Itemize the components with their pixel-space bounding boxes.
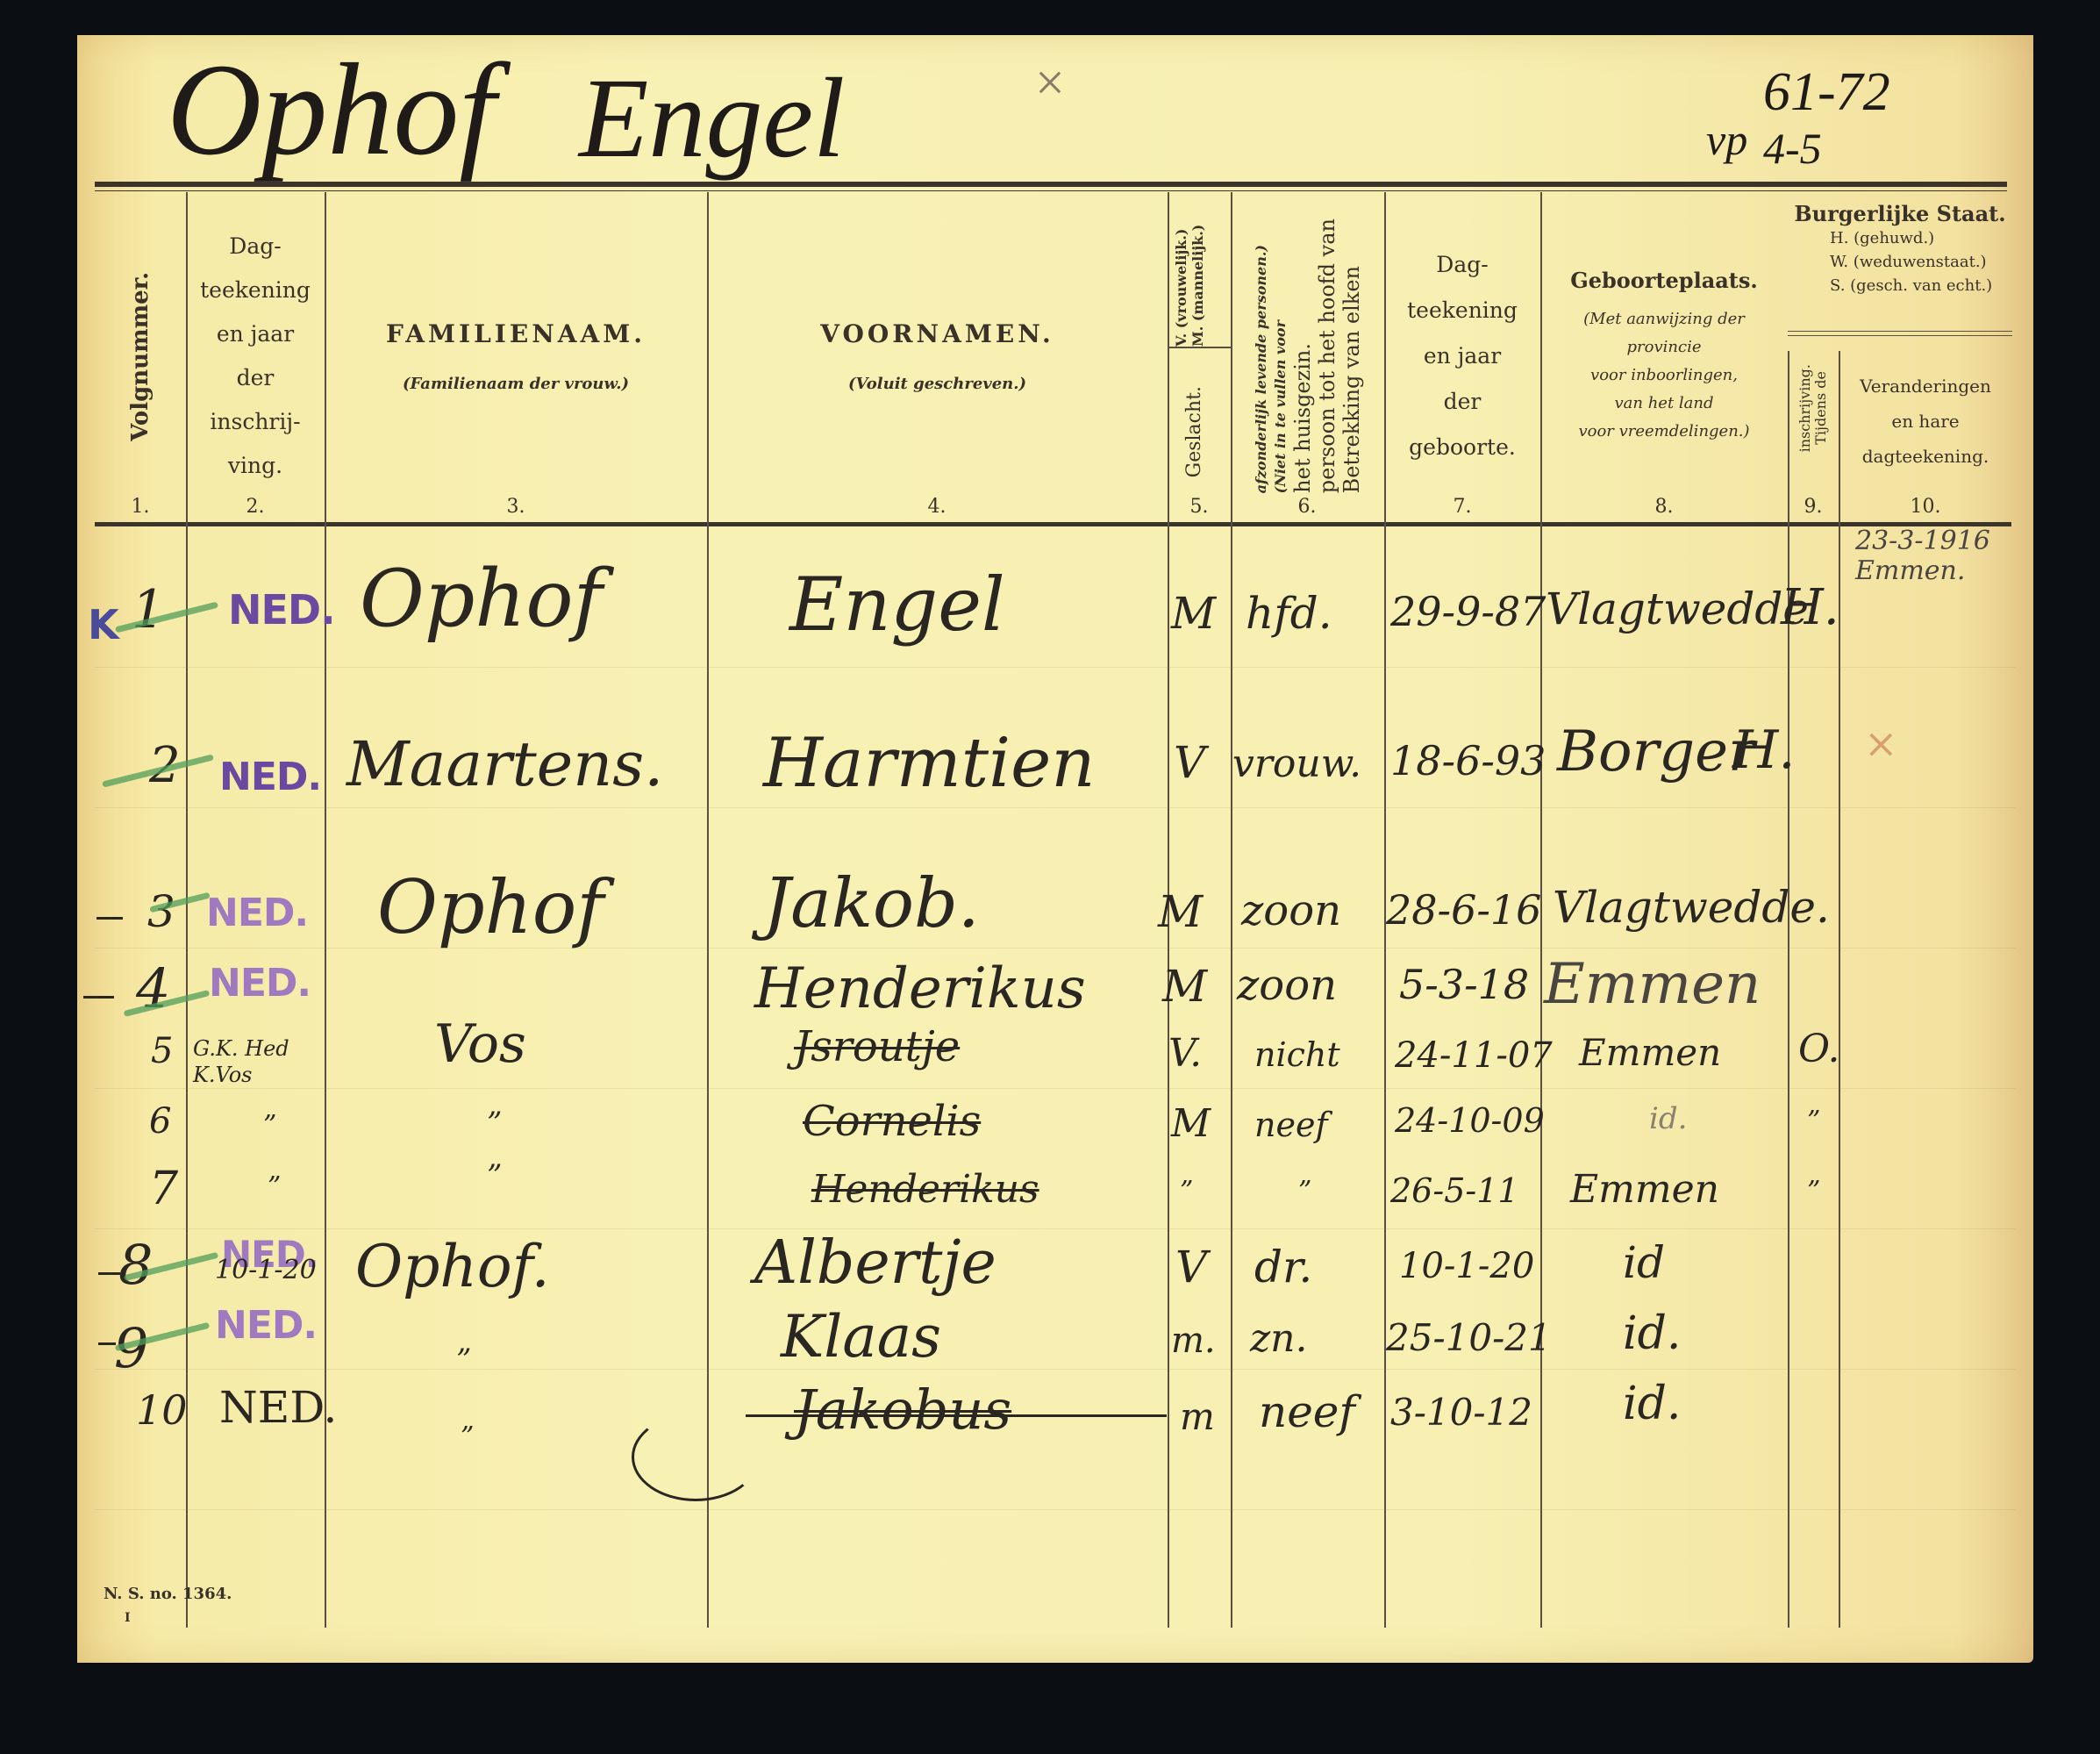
- top-rule-thin: [95, 190, 2007, 191]
- ditto: ”: [487, 1158, 502, 1193]
- card-title-family: Ophof: [167, 44, 496, 175]
- col-number-2: 2.: [246, 496, 265, 518]
- geslacht: V.: [1168, 1031, 1202, 1076]
- header-burgerlijke-staat: Burgerlijke Staat. H. (gehuwd.) W. (wedu…: [1788, 197, 2012, 329]
- faint-line: [95, 1509, 2016, 1510]
- dash-mark: [96, 917, 123, 920]
- header-rule: [95, 522, 2011, 526]
- top-rule: [95, 182, 2007, 187]
- geboortedatum: 28-6-16: [1386, 886, 1541, 934]
- header-geslacht: M. (mannelijk.) V. (vrouwelijk.) Geslach…: [1168, 195, 1231, 518]
- row-number: 8: [118, 1233, 153, 1297]
- faint-line: [95, 807, 2016, 808]
- geboorteplaats: Vlagtwedde: [1546, 583, 1809, 634]
- col-number-5: 5.: [1190, 496, 1209, 518]
- col-line: [1788, 351, 1789, 1628]
- betrekking: nicht: [1254, 1035, 1340, 1074]
- col-number-3: 3.: [507, 496, 525, 518]
- voornamen: Engel: [789, 562, 1005, 648]
- col-number-1: 1.: [132, 496, 150, 518]
- nationality-stamp: NED.: [206, 891, 308, 935]
- col-line: [1839, 351, 1840, 1628]
- betrekking: neef: [1259, 1386, 1355, 1437]
- geslacht: M: [1162, 961, 1207, 1012]
- geslacht: M: [1158, 886, 1203, 937]
- familienaam: Ophof.: [355, 1233, 550, 1300]
- voornamen-struck: Jsroutje: [794, 1022, 960, 1071]
- geboorteplaats: Emmen: [1579, 1031, 1721, 1074]
- reference-prefix: vp: [1706, 114, 1747, 165]
- betrekking: neef: [1254, 1106, 1328, 1144]
- header-volgnummer: Volgnummer.: [95, 195, 186, 518]
- ditto: ”: [456, 1342, 471, 1378]
- flourish-loop: [632, 1413, 760, 1501]
- geboortedatum: 26-5-11: [1390, 1171, 1519, 1210]
- header-geboorteplaats: Geboorteplaats. (Met aanwijzing der prov…: [1540, 195, 1788, 518]
- voornamen: Albertje: [754, 1228, 996, 1298]
- form-subnumber: I: [125, 1611, 131, 1625]
- betrekking: ”: [1298, 1176, 1311, 1206]
- burgerlijke-staat: O.: [1798, 1027, 1839, 1071]
- row-number: 10: [136, 1386, 188, 1434]
- faint-line: [95, 1088, 2016, 1089]
- row-number: 6: [149, 1101, 171, 1142]
- inschrijving-date: 10-1-20: [215, 1255, 317, 1285]
- reference-bottom: 4-5: [1763, 123, 1822, 174]
- geboortedatum: 24-10-09: [1395, 1101, 1545, 1140]
- geboortedatum: 24-11-07: [1395, 1035, 1553, 1076]
- voornamen: Klaas: [781, 1303, 941, 1371]
- ditto: ”: [461, 1421, 474, 1452]
- betrekking: hfd.: [1246, 588, 1332, 639]
- betrekking: zoon: [1237, 961, 1337, 1010]
- dash-mark: [83, 996, 114, 999]
- strike-line: [746, 1414, 1167, 1417]
- geboorteplaats: id.: [1649, 1101, 1687, 1136]
- form-number: N. S. no. 1364.: [104, 1585, 232, 1603]
- geslacht: V: [1175, 1242, 1207, 1292]
- geboortedatum: 29-9-87: [1390, 588, 1546, 635]
- verandering-annotation: 23-3-1916 Emmen.: [1855, 526, 2022, 586]
- geslacht: M: [1171, 1101, 1211, 1146]
- burgerlijke-staat: H.: [1781, 579, 1839, 636]
- nationality-handwritten: NED.: [219, 1382, 337, 1433]
- col-number-4: 4.: [928, 496, 946, 518]
- geboorteplaats: id: [1623, 1237, 1665, 1288]
- voornamen-struck: Jakobus: [794, 1378, 1011, 1442]
- geboortedatum: 5-3-18: [1399, 961, 1529, 1008]
- ditto: ”: [487, 1106, 502, 1141]
- nationality-stamp: NED.: [215, 1303, 317, 1348]
- voornamen: Jakob.: [763, 864, 980, 943]
- geboortedatum: 25-10-21: [1386, 1316, 1552, 1359]
- geboorteplaats: Vlagtwedde.: [1553, 882, 1830, 933]
- voornamen: Henderikus: [754, 956, 1086, 1021]
- voornamen: Harmtien: [763, 724, 1095, 803]
- burgerlijke-staat: ”: [1807, 1176, 1820, 1206]
- col-number-8: 8.: [1655, 496, 1674, 518]
- betrekking: vrouw.: [1232, 741, 1361, 786]
- betrekking: zn.: [1250, 1316, 1308, 1361]
- col-number-7: 7.: [1454, 496, 1472, 518]
- header-veranderingen: Veranderingen en hare dagteekening.: [1839, 369, 2012, 474]
- geboortedatum: 18-6-93: [1390, 737, 1546, 784]
- geboorteplaats: Emmen: [1570, 1167, 1719, 1212]
- voornamen-struck: Cornelis: [803, 1097, 981, 1146]
- familienaam: Vos: [434, 1013, 526, 1075]
- dash-mark: [98, 1342, 116, 1345]
- nationality-stamp: NED.: [219, 755, 321, 799]
- ditto: ”: [268, 1171, 281, 1202]
- legend-s: S. (gesch. van echt.): [1830, 274, 2012, 297]
- row-number: 5: [151, 1031, 173, 1071]
- voornamen-struck: Henderikus: [811, 1167, 1039, 1212]
- geboorteplaats: id.: [1623, 1307, 1681, 1360]
- geboorteplaats: Borger: [1557, 719, 1755, 784]
- burgerlijke-staat: ”: [1807, 1106, 1820, 1136]
- geboortedatum: 10-1-20: [1399, 1246, 1534, 1286]
- legend-h: H. (gehuwd.): [1830, 226, 2012, 250]
- ditto: ”: [263, 1110, 276, 1141]
- faint-line: [95, 1369, 2016, 1370]
- geboorteplaats: id.: [1623, 1378, 1681, 1430]
- faint-line: [95, 1228, 2016, 1229]
- header-dagteekening-inschrijving: Dag- teekening en jaar der inschrij- vin…: [186, 195, 325, 518]
- header-dagteekening-geboorte: Dag- teekening en jaar der geboorte.: [1384, 195, 1540, 518]
- row-number: 7: [149, 1163, 178, 1215]
- geboortedatum: 3-10-12: [1390, 1391, 1532, 1434]
- row-number: 1: [132, 579, 165, 641]
- header-tijdens-inschrijving: Tijdens de inschrijving.: [1788, 351, 1839, 465]
- familienaam: Maartens.: [346, 728, 663, 800]
- dash-mark: [98, 1272, 120, 1275]
- card-title-given: Engel: [579, 61, 845, 175]
- col-number-9: 9.: [1804, 496, 1823, 518]
- header-voornamen: VOORNAMEN. (Voluit geschreven.): [707, 195, 1168, 518]
- col-number-6: 6.: [1298, 496, 1317, 518]
- header-betrekking: Betrekking van elken persoon tot het hoo…: [1231, 195, 1384, 493]
- geboorteplaats: Emmen: [1544, 952, 1761, 1017]
- col-number-10: 10.: [1911, 496, 1941, 518]
- geslacht: m: [1180, 1395, 1215, 1438]
- title-cross-mark: ×: [1035, 53, 1065, 113]
- legend-w: W. (weduwenstaat.): [1830, 250, 2012, 274]
- k-stamp: K: [88, 601, 118, 648]
- betrekking: zoon: [1241, 886, 1341, 935]
- geslacht: V: [1174, 737, 1205, 788]
- reference-top: 61-72: [1763, 61, 1890, 124]
- header-familienaam: FAMILIENAAM. (Familienaam der vrouw.): [325, 195, 707, 518]
- nationality-stamp: NED.: [209, 961, 311, 1006]
- nationality-stamp: NED.: [228, 586, 335, 634]
- familienaam: Ophof: [377, 864, 604, 950]
- geslacht: m.: [1171, 1321, 1216, 1361]
- inschrijving-note: G.K. Hed K.Vos: [193, 1035, 307, 1088]
- familienaam: Ophof: [360, 553, 603, 645]
- geslacht: ”: [1180, 1176, 1193, 1206]
- burgerlijke-staat: H.: [1732, 719, 1795, 781]
- betrekking: dr.: [1254, 1242, 1312, 1292]
- geslacht: M: [1171, 588, 1216, 639]
- faint-line: [95, 667, 2016, 668]
- red-cross-mark: ×: [1864, 719, 1898, 767]
- burgerlijke-staat-divider: [1788, 331, 2012, 336]
